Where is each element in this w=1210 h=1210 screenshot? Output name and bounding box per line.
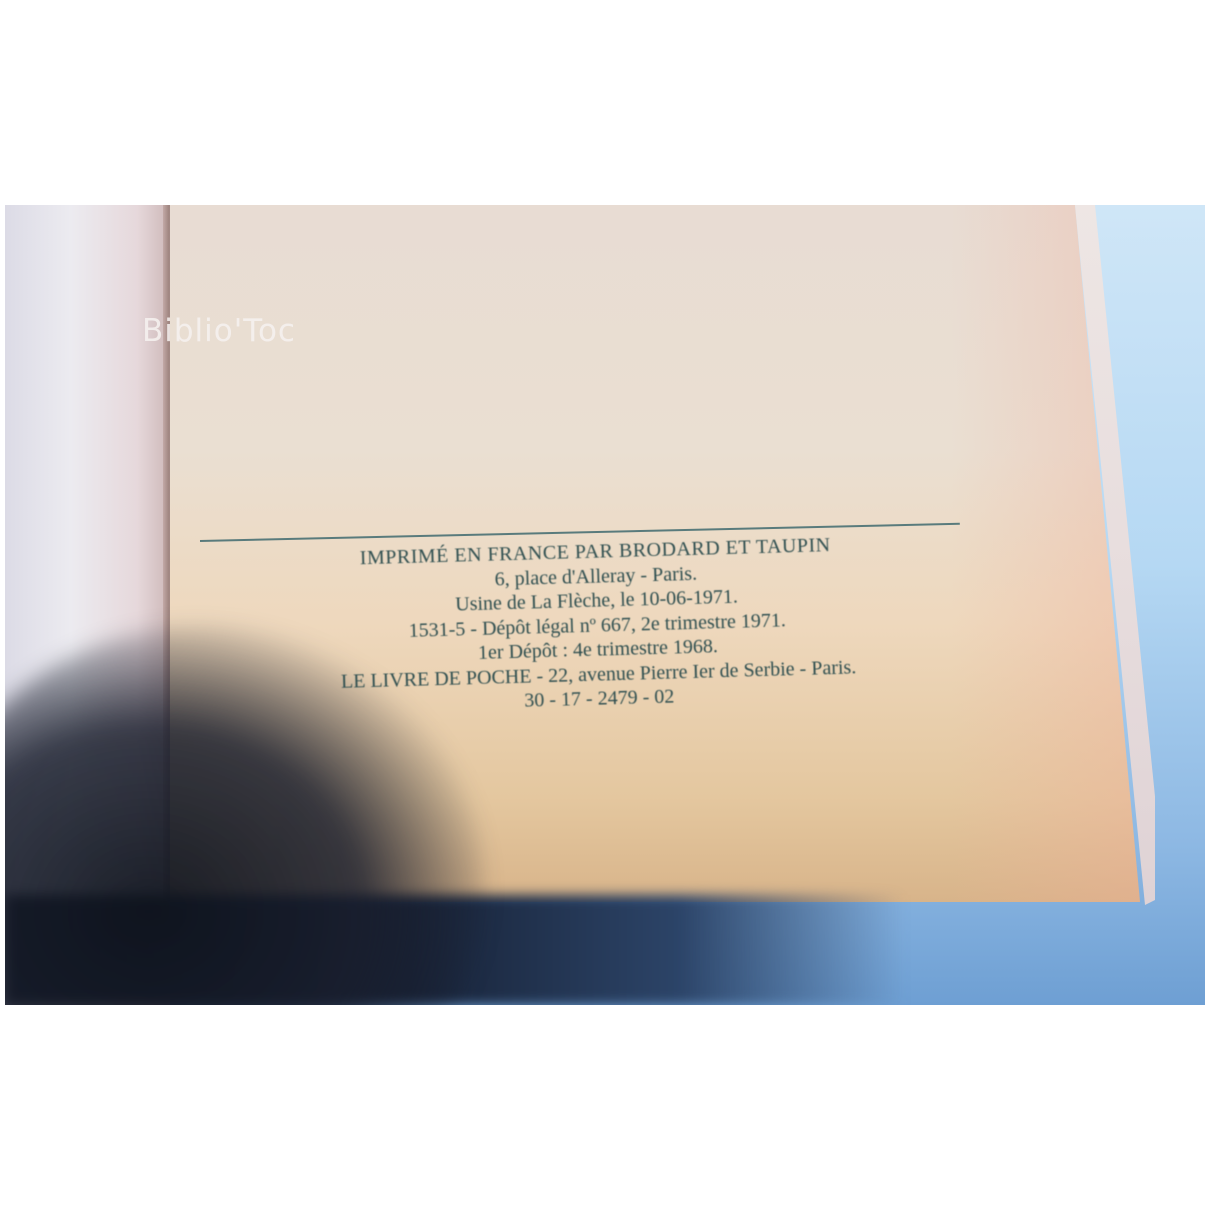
watermark-logo: Biblio'Toc bbox=[142, 313, 296, 349]
book-photo: IMPRIMÉ EN FRANCE PAR BRODARD ET TAUPIN … bbox=[5, 205, 1205, 1005]
printer-colophon: IMPRIMÉ EN FRANCE PAR BRODARD ET TAUPIN … bbox=[225, 529, 970, 721]
